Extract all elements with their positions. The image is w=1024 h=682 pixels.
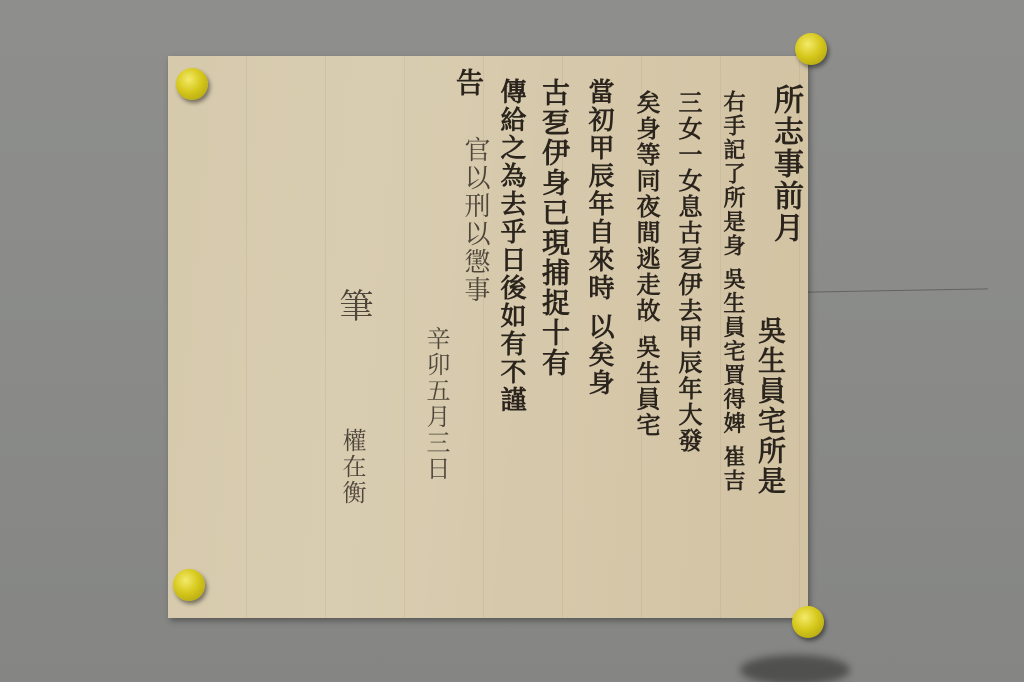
text-column-9: 告 [454, 68, 482, 98]
text-column-10: 官以刑以懲事 [462, 136, 488, 356]
text-column-6: 當初甲辰年自來時 以矣身 [586, 78, 612, 598]
text-column-8: 傳給之為去乎日後如有不謹 [498, 78, 524, 608]
text-column-7: 古乭伊身已現捕捉十有 [540, 78, 568, 608]
board-crack [808, 288, 988, 292]
text-column-5: 矣身等同夜間逃走故 吳生員宅 [634, 90, 658, 610]
pushpin-top-right [795, 33, 827, 65]
document-paper: 所志事前月 吳生員宅所是 右手記了所是身 吳生員宅買得婢 崔吉 三女一女息古乭伊… [168, 56, 808, 618]
signer-name: 權在衡 [340, 428, 364, 506]
text-column-1: 所志事前月 [770, 84, 800, 244]
pushpin-top-left [176, 68, 208, 100]
text-column-4: 三女一女息古乭伊去甲辰年大發 [676, 90, 700, 610]
date-line: 辛卯五月三日 [424, 326, 448, 546]
signature-mark: 筆 [336, 288, 370, 324]
pushpin-bottom-left [173, 569, 205, 601]
object-shadow [740, 655, 850, 682]
text-column-2: 吳生員宅所是 [756, 316, 784, 616]
text-column-3: 右手記了所是身 吳生員宅買得婢 崔吉 [722, 90, 744, 610]
pushpin-bottom-right [792, 606, 824, 638]
